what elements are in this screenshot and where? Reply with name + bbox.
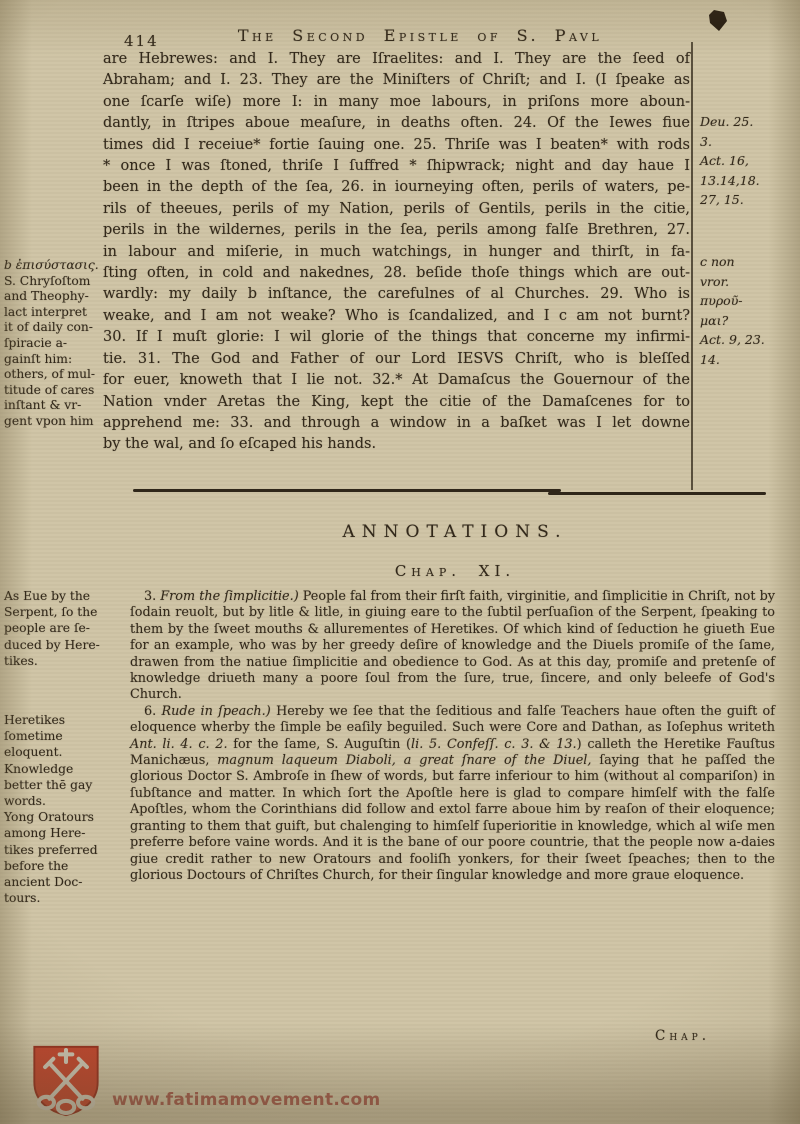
scripture-line: * once I was ſtoned, thriſe I ſuffred * … — [103, 156, 690, 177]
reference-line: πυροῦ- — [700, 291, 796, 311]
scripture-line: by the wal, and ſo eſcaped his hands. — [103, 434, 690, 455]
margin-note-annotations-2: Heretikesſometimeeloquent.Knowledgebette… — [4, 712, 116, 906]
annotations-heading: ANNOTATIONS. — [130, 522, 780, 542]
reference-line: 13.14,18. — [700, 171, 796, 191]
scripture-line: been in the depth of the ſea, 26. in iou… — [103, 177, 690, 198]
margin-note-line: among Here- — [4, 825, 116, 841]
text-segment: ſaying that he paſſed the glorious Docto… — [130, 753, 775, 883]
reference-line: 3. — [700, 132, 796, 152]
margin-note-line: Yong Oratours — [4, 809, 116, 825]
reference-line: μαι? — [700, 311, 796, 331]
margin-note-line: it of daily con- — [4, 320, 104, 336]
margin-note-line: and Theophy- — [4, 289, 104, 305]
text-segment: for the ſame, S. Auguſtin ( — [233, 737, 411, 752]
margin-note-line: As Eue by the — [4, 588, 116, 604]
scripture-line: wardly: my daily b inſtance, the careful… — [103, 284, 690, 305]
margin-references-middle: c nonvror.πυροῦ-μαι?Act. 9, 23.14. — [700, 252, 796, 369]
annotation-paragraph: 6. Rude in ſpeach.) Hereby we ſee that t… — [130, 704, 775, 884]
scripture-line: one ſcarſe wiſe) more I: in many moe lab… — [103, 92, 690, 113]
italic-text-segment: magnum laqueum Diaboli, a great ſnare of… — [217, 753, 591, 768]
ink-blot-icon — [705, 9, 729, 35]
margin-references-top: Deu. 25.3.Act. 16,13.14,18.27, 15. — [700, 112, 796, 210]
margin-note-line: duced by Here- — [4, 637, 116, 653]
italic-text-segment: Rude in ſpeach.) — [162, 704, 277, 719]
page-number: 414 — [124, 32, 159, 50]
scripture-line: for euer, knoweth that I lie not. 32.* A… — [103, 370, 690, 391]
watermark-url: www.fatimamovement.com — [112, 1090, 381, 1110]
scripture-line: rils of theeues, perils of my Nation, pe… — [103, 199, 690, 220]
scripture-line: ſting often, in cold and nakednes, 28. b… — [103, 263, 690, 284]
margin-note-left-scripture: b ἐπισύστασις.S. Chryſoſtomand Theophy-l… — [4, 258, 104, 430]
margin-note-line: titude of cares — [4, 383, 104, 399]
margin-note-line: tikes preferred — [4, 842, 116, 858]
margin-note-line: Knowledge — [4, 761, 116, 777]
scripture-line: Nation vnder Aretas the King, kept the c… — [103, 392, 690, 413]
scripture-line: tie. 31. The God and Father of our Lord … — [103, 349, 690, 370]
margin-note-line: Serpent, ſo the — [4, 604, 116, 620]
margin-note-line: gainſt him: — [4, 352, 104, 368]
margin-note-annotations-1: As Eue by theSerpent, ſo thepeople are ſ… — [4, 588, 116, 669]
annotations-text-block: 3. From the ſimplicitie.) People fal fro… — [130, 589, 775, 884]
margin-note-line: eloquent. — [4, 744, 116, 760]
crossed-keys-shield-icon — [28, 1044, 104, 1118]
margin-note-line: inſtant & vr- — [4, 398, 104, 414]
scripture-line: are Hebrewes: and I. They are Iſraelites… — [103, 49, 690, 70]
section-divider-rule-right — [548, 492, 766, 495]
text-segment: 3. — [144, 589, 160, 604]
section-divider-rule-left — [133, 489, 561, 492]
margin-note-line: others, of mul- — [4, 367, 104, 383]
margin-note-line: words. — [4, 793, 116, 809]
scripture-line: times did I receiue* fortie ſauing one. … — [103, 135, 690, 156]
margin-note-line: tours. — [4, 890, 116, 906]
margin-note-line: people are ſe- — [4, 620, 116, 636]
reference-line: vror. — [700, 272, 796, 292]
scripture-line: in labour and miſerie, in much watchings… — [103, 242, 690, 263]
reference-line: 27, 15. — [700, 190, 796, 210]
scripture-line: 30. If I muſt glorie: I wil glorie of th… — [103, 327, 690, 348]
reference-line: 14. — [700, 350, 796, 370]
scripture-line: Abraham; and I. 23. They are the Miniſte… — [103, 70, 690, 91]
italic-text-segment: li. 5. Confeſſ. c. 3. & 13. — [411, 737, 577, 752]
margin-note-line: ſpiracie a- — [4, 336, 104, 352]
margin-note-line: before the — [4, 858, 116, 874]
scripture-line: perils in the wildernes, perils in the ſ… — [103, 220, 690, 241]
reference-line: Act. 16, — [700, 151, 796, 171]
reference-line: Deu. 25. — [700, 112, 796, 132]
margin-note-line: lact interpret — [4, 305, 104, 321]
italic-text-segment: From the ſimplicitie.) — [160, 589, 302, 604]
text-segment: 6. — [144, 704, 162, 719]
margin-note-line: ancient Doc- — [4, 874, 116, 890]
chapter-heading: Chap. XI. — [130, 562, 780, 580]
italic-text-segment: Ant. li. 4. c. 2. — [130, 737, 233, 752]
scripture-line: dantly, in ſtripes aboue meaſure, in dea… — [103, 113, 690, 134]
running-title: The Second Epistle of S. Pavl — [170, 26, 670, 45]
margin-note-line: better thē gay — [4, 777, 116, 793]
reference-line: Act. 9, 23. — [700, 330, 796, 350]
margin-note-line: S. Chryſoſtom — [4, 274, 104, 290]
column-divider-rule — [691, 42, 693, 490]
reference-line: c non — [700, 252, 796, 272]
text-segment: People fal from their firſt faith, virgi… — [130, 589, 775, 702]
scripture-text-block: are Hebrewes: and I. They are Iſraelites… — [103, 49, 690, 456]
margin-note-line: ſometime — [4, 728, 116, 744]
margin-note-line: gent vpon him — [4, 414, 104, 430]
watermark: www.fatimamovement.com — [28, 1038, 388, 1118]
scanned-book-page: 414 The Second Epistle of S. Pavl are He… — [0, 0, 800, 1124]
catchword: Chap. — [655, 1028, 765, 1044]
margin-note-line: Heretikes — [4, 712, 116, 728]
scripture-line: apprehend me: 33. and through a window i… — [103, 413, 690, 434]
margin-note-line: b ἐπισύστασις. — [4, 258, 104, 274]
scripture-line: weake, and I am not weake? Who is ſcanda… — [103, 306, 690, 327]
margin-note-line: tikes. — [4, 653, 116, 669]
annotation-paragraph: 3. From the ſimplicitie.) People fal fro… — [130, 589, 775, 704]
